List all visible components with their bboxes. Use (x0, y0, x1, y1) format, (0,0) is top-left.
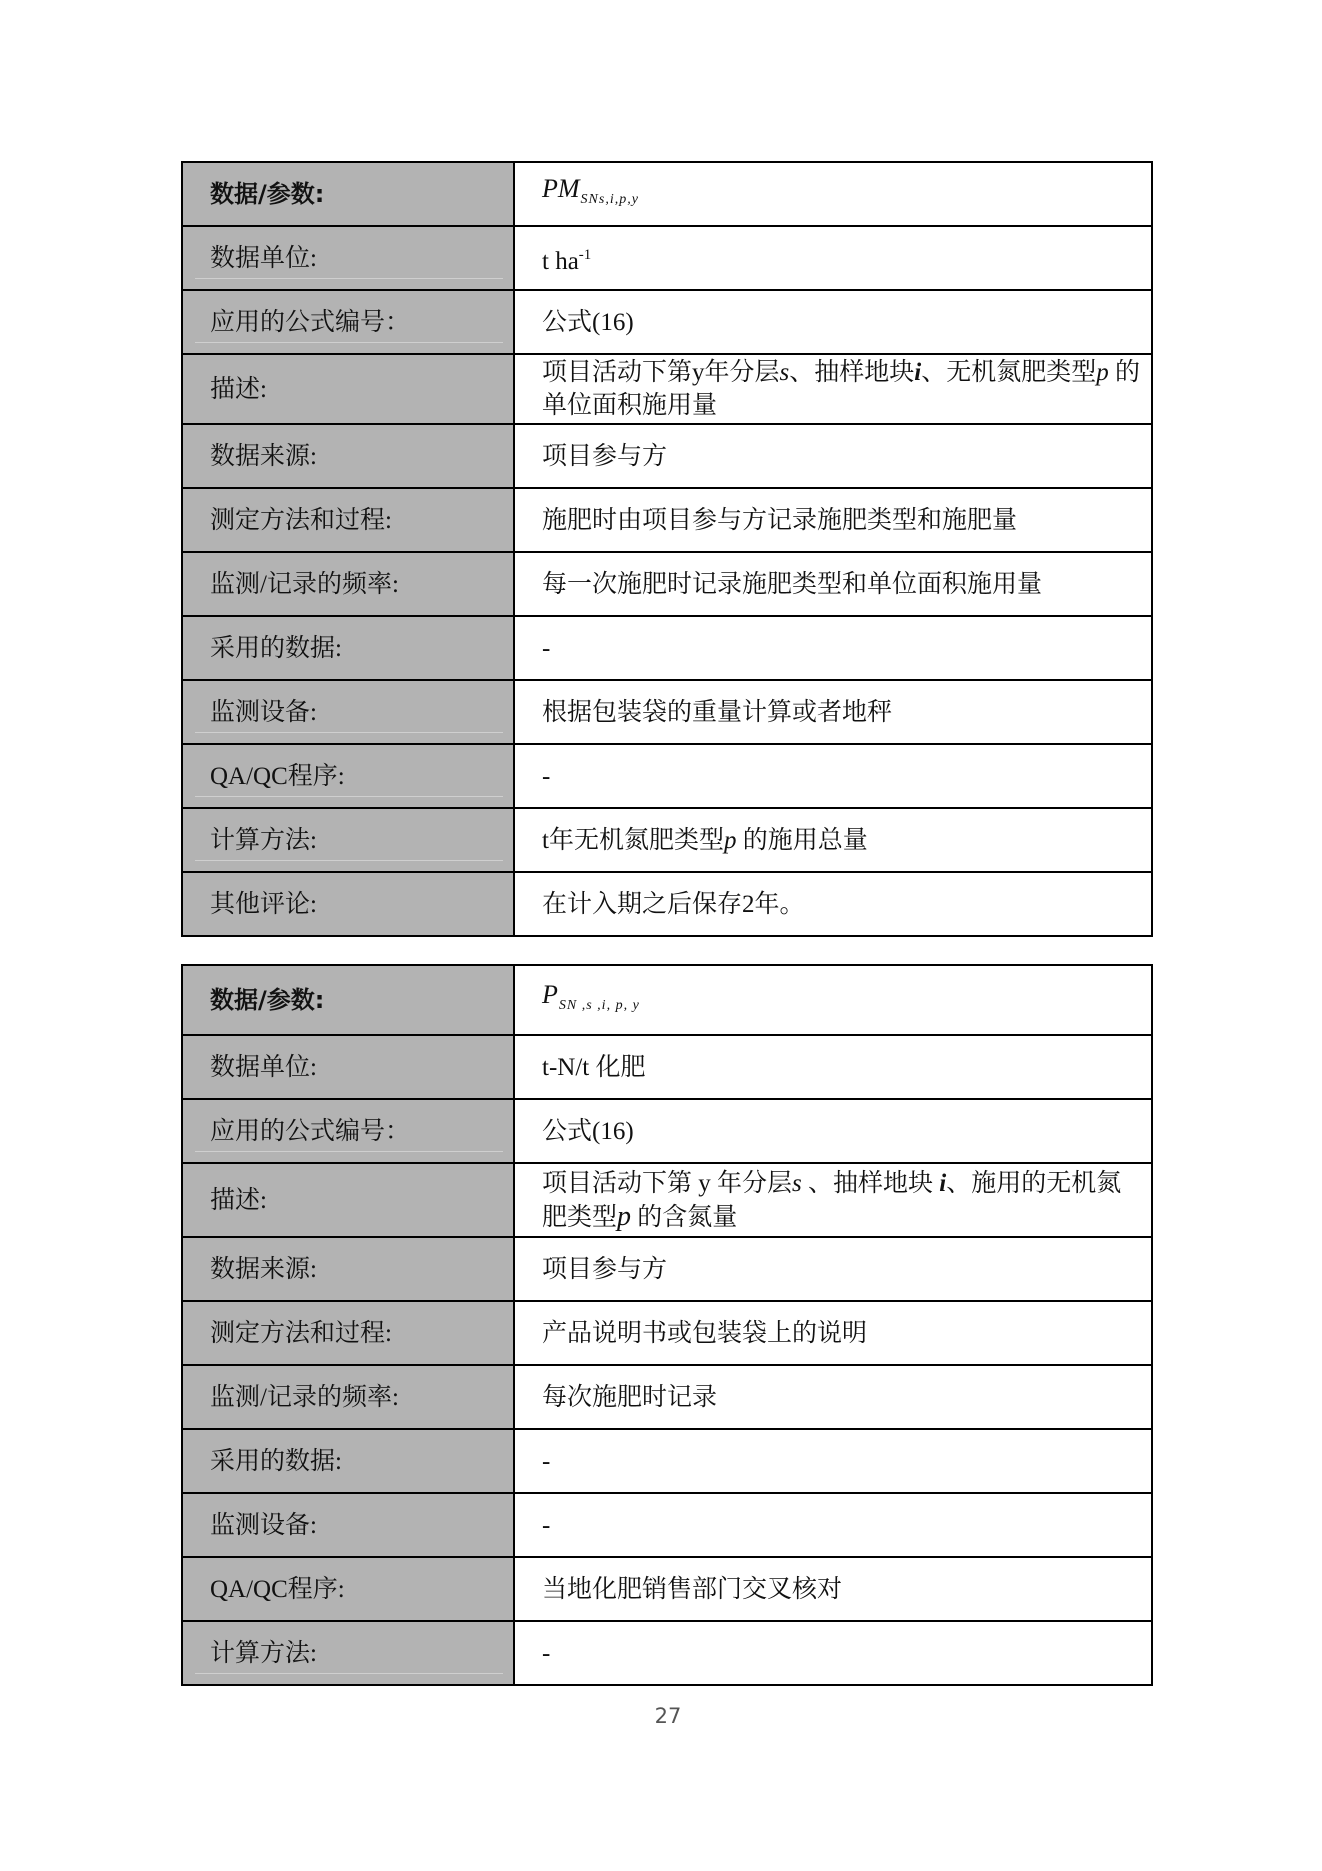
text: 的含氮量 (631, 1204, 737, 1231)
parameter-symbol: PSN ,s ,i, p, y (514, 965, 1152, 1035)
row-label: 监测设备: (182, 1493, 514, 1557)
text: 、施用的无机氮 (946, 1170, 1121, 1197)
row-value: - (514, 744, 1152, 808)
row-label: 数据单位: (182, 1035, 514, 1099)
row-value: 项目活动下第y年分层s、抽样地块i、无机氮肥类型p 的单位面积施用量 (514, 354, 1152, 424)
row-value: t年无机氮肥类型p 的施用总量 (514, 808, 1152, 872)
row-label: 应用的公式编号： (182, 1099, 514, 1163)
row-label: 描述: (182, 354, 514, 424)
label-text: 计算方法: (210, 827, 317, 854)
row-label: 计算方法: (182, 808, 514, 872)
table-row: 监测设备: - (182, 1493, 1152, 1557)
variable-s: s (792, 1170, 802, 1197)
variable-p: p (617, 1201, 631, 1232)
table-row: 数据单位: t-N/t 化肥 (182, 1035, 1152, 1099)
table-row: 监测/记录的频率: 每次施肥时记录 (182, 1365, 1152, 1429)
table-row: 监测设备: 根据包装袋的重量计算或者地秤 (182, 680, 1152, 744)
unit-text: t ha (542, 248, 579, 275)
label-text: 应用的公式编号： (210, 309, 410, 336)
row-value: 在计入期之后保存2年。 (514, 872, 1152, 936)
symbol-subscript: SN ,s ,i, p, y (559, 998, 640, 1013)
row-value: - (514, 1493, 1152, 1557)
table-row: 应用的公式编号： 公式(16) (182, 290, 1152, 354)
row-value: 当地化肥销售部门交叉核对 (514, 1557, 1152, 1621)
parameter-table-pm: 数据/参数: PMSNs,i,p,y 数据单位: t ha-1 应用的公式编号：… (181, 161, 1153, 937)
row-value: 施肥时由项目参与方记录施肥类型和施肥量 (514, 488, 1152, 552)
label-text: 监测设备: (210, 699, 317, 726)
label-text: 数据单位: (210, 245, 317, 272)
row-label: 监测/记录的频率: (182, 552, 514, 616)
row-value: 产品说明书或包装袋上的说明 (514, 1301, 1152, 1365)
row-value: 根据包装袋的重量计算或者地秤 (514, 680, 1152, 744)
text: 项目活动下第y年分层 (542, 359, 780, 386)
table-row: 数据/参数: PMSNs,i,p,y (182, 162, 1152, 226)
unit-exponent: -1 (579, 247, 592, 263)
row-value: 项目活动下第 y 年分层s 、抽样地块 i、施用的无机氮肥类型p 的含氮量 (514, 1163, 1152, 1237)
table-row: QA/QC程序: 当地化肥销售部门交叉核对 (182, 1557, 1152, 1621)
row-label: 应用的公式编号： (182, 290, 514, 354)
table-row: 测定方法和过程: 产品说明书或包装袋上的说明 (182, 1301, 1152, 1365)
table-row: 描述: 项目活动下第y年分层s、抽样地块i、无机氮肥类型p 的单位面积施用量 (182, 354, 1152, 424)
table-row: 采用的数据: - (182, 1429, 1152, 1493)
row-label: 采用的数据: (182, 616, 514, 680)
table-row: 描述: 项目活动下第 y 年分层s 、抽样地块 i、施用的无机氮肥类型p 的含氮… (182, 1163, 1152, 1237)
label-text: 应用的公式编号： (210, 1118, 410, 1145)
table-row: 测定方法和过程: 施肥时由项目参与方记录施肥类型和施肥量 (182, 488, 1152, 552)
row-label: QA/QC程序: (182, 744, 514, 808)
row-label: 数据单位: (182, 226, 514, 290)
text: 、抽样地块 (789, 359, 914, 386)
parameter-symbol: PMSNs,i,p,y (514, 162, 1152, 226)
row-label: 测定方法和过程: (182, 488, 514, 552)
table-row: QA/QC程序: - (182, 744, 1152, 808)
text: 项目活动下第 y 年分层 (542, 1170, 792, 1197)
symbol-base: P (542, 980, 558, 1009)
text: 、无机氮肥类型 (921, 359, 1096, 386)
table-row: 计算方法: t年无机氮肥类型p 的施用总量 (182, 808, 1152, 872)
row-label: 监测设备: (182, 680, 514, 744)
label-text: QA/QC程序: (210, 763, 345, 790)
text: 单位面积施用量 (542, 392, 717, 419)
row-value: t ha-1 (514, 226, 1152, 290)
row-label: 数据来源: (182, 424, 514, 488)
row-label: 监测/记录的频率: (182, 1365, 514, 1429)
symbol-base: PM (542, 174, 580, 203)
row-label: 采用的数据: (182, 1429, 514, 1493)
row-value: 公式(16) (514, 290, 1152, 354)
text: 肥类型 (542, 1204, 617, 1231)
row-value: 公式(16) (514, 1099, 1152, 1163)
text: 的 (1109, 359, 1140, 386)
variable-p: p (724, 827, 737, 854)
row-label: 计算方法: (182, 1621, 514, 1685)
label-text: 描述: (210, 376, 267, 403)
row-value: 每次施肥时记录 (514, 1365, 1152, 1429)
row-value: - (514, 1429, 1152, 1493)
row-value: 项目参与方 (514, 424, 1152, 488)
text: t年无机氮肥类型 (542, 827, 724, 854)
text: 的施用总量 (736, 827, 867, 854)
table-row: 采用的数据: - (182, 616, 1152, 680)
parameter-table-p: 数据/参数: PSN ,s ,i, p, y 数据单位: t-N/t 化肥 应用… (181, 964, 1153, 1686)
variable-s: s (780, 359, 790, 386)
table-row: 计算方法: - (182, 1621, 1152, 1685)
row-label: 数据来源: (182, 1237, 514, 1301)
table-row: 数据/参数: PSN ,s ,i, p, y (182, 965, 1152, 1035)
symbol-subscript: SNs,i,p,y (581, 192, 639, 207)
table-row: 数据单位: t ha-1 (182, 226, 1152, 290)
row-label: 其他评论: (182, 872, 514, 936)
label-text: 计算方法: (210, 1640, 317, 1667)
row-value: - (514, 1621, 1152, 1685)
row-label: 描述: (182, 1163, 514, 1237)
row-label: 数据/参数: (182, 162, 514, 226)
table-row: 监测/记录的频率: 每一次施肥时记录施肥类型和单位面积施用量 (182, 552, 1152, 616)
table-row: 数据来源: 项目参与方 (182, 1237, 1152, 1301)
row-label: 测定方法和过程: (182, 1301, 514, 1365)
row-label: QA/QC程序: (182, 1557, 514, 1621)
row-value: 每一次施肥时记录施肥类型和单位面积施用量 (514, 552, 1152, 616)
variable-p: p (1096, 359, 1109, 386)
table-row: 数据来源: 项目参与方 (182, 424, 1152, 488)
row-value: - (514, 616, 1152, 680)
row-value: t-N/t 化肥 (514, 1035, 1152, 1099)
page-number: 27 (0, 1704, 1322, 1728)
row-value: 项目参与方 (514, 1237, 1152, 1301)
table-row: 其他评论: 在计入期之后保存2年。 (182, 872, 1152, 936)
table-row: 应用的公式编号： 公式(16) (182, 1099, 1152, 1163)
text: 、抽样地块 (802, 1170, 940, 1197)
row-label: 数据/参数: (182, 965, 514, 1035)
